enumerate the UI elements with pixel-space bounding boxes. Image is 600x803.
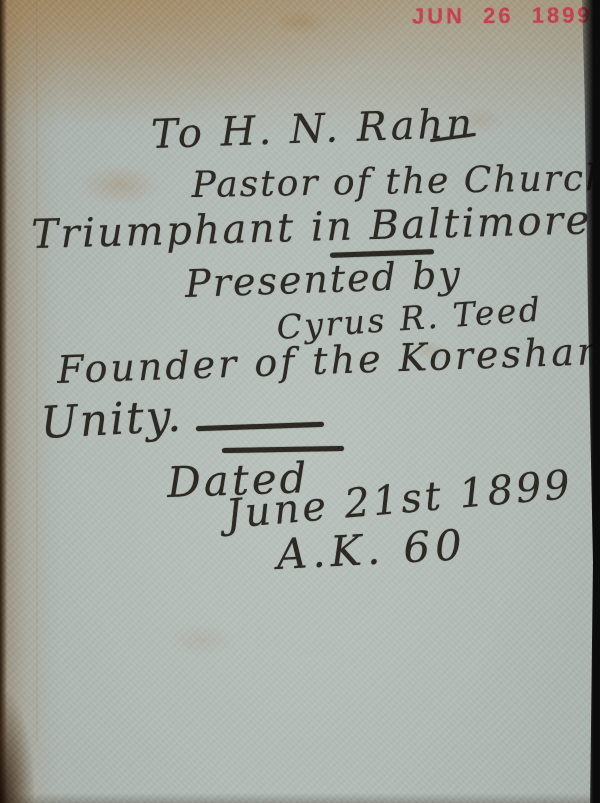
inscription-line-founder: Founder of the Koreshan (56, 329, 600, 392)
page-edge-stain (0, 0, 7, 803)
page-edge-shadow (578, 0, 600, 803)
book-page-photo: JUN 26 1899 To H. N. Rahn Pastor of the … (0, 0, 600, 803)
corner-shadow (0, 693, 34, 803)
inscription-line-unity: Unity. (39, 391, 184, 449)
paper-crease (36, 0, 39, 740)
inscription-line-to-h-n-rahn: To H. N. Rahn (150, 101, 475, 158)
inscription-line-koreshan-year: A.K. 60 (275, 520, 468, 579)
flourish-stroke (222, 446, 344, 453)
flourish-stroke (196, 422, 324, 431)
inscription-line-triumphant: Triumphant in Baltimore. (31, 197, 600, 258)
date-stamp: JUN 26 1899 (412, 3, 593, 28)
